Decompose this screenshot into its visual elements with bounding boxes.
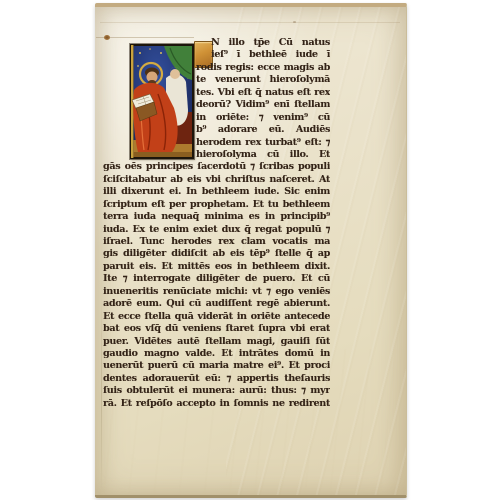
text-line: iſrael. Tunc herodes rex clam vocatis ma [103,236,330,248]
text-line: herodem rex turbat⁹ eſt: ⁊ oīs [196,137,330,149]
manuscript-leaf: N illo tp̄e Cū natus eſſetieſ⁹ ī bethleē… [95,3,407,498]
text-line: illi dixerunt ei. In bethleem iude. Sic … [103,186,330,198]
text-line: gaudio magno valde. Et intrātes domū in [103,348,330,360]
photo-background: N illo tp̄e Cū natus eſſetieſ⁹ ī bethleē… [0,0,500,500]
text-line: tes. Vbi eſt q̄ natus eſt rex iu [196,87,330,99]
text-line: ieſ⁹ ī bethleē iude ī dieb⁹ he [211,49,330,61]
text-line: adorē eum. Qui cū audiſſent regē abierun… [103,298,330,310]
text-line: N illo tp̄e Cū natus eſſet [211,37,330,49]
text-line: paruit eis. Et mittēs eos in bethleem di… [103,261,330,273]
text-line: puer. Vidētes autē ſtellam magi, gauiſi … [103,336,330,348]
ruling-line [100,22,400,23]
text-line: inueneritis renūciate michi: vt ⁊ ego ve… [103,286,330,298]
text-line: Ite ⁊ interrogate diligēter de puero. Et… [103,273,330,285]
vellum-crease [101,297,102,492]
text-line: gās oēs principes ſacerdotū ⁊ ſcribas po… [103,161,330,173]
text-line: rodis regis: ecce magis ab oriē [196,62,330,74]
text-line: ſuis obtulerūt ei munera: aurū: thus: ⁊ … [103,385,330,397]
text-line: te venerunt hieroſolymā dicē [196,74,330,86]
text-line: Et ecce ſtella quā viderāt in oriēte ant… [103,311,330,323]
text-line: bat eos vſq̄ dū veniens ſtaret ſupra vbi… [103,323,330,335]
text-line: gis diligēter didiſcit ab eis tēp⁹ ſtell… [103,248,330,260]
text-line: iuda. Ex te enim exiet dux q̄ regat popu… [103,224,330,236]
foxing-spot [293,21,296,23]
text-line: dentes adorauerūt eū: ⁊ appertis theſaur… [103,373,330,385]
text-block: N illo tp̄e Cū natus eſſetieſ⁹ ī bethleē… [103,37,330,410]
text-line: in oriēte: ⁊ venim⁹ cū muneri. [196,112,330,124]
text-line: b⁹ adorare eū. Audiēs autem [196,124,330,136]
text-line: uenerūt puerū cū maria matre ei⁹. Et pro… [103,360,330,372]
text-line: hieroſolyma cū illo. Et cōgre [196,149,330,161]
text-line: terra iuda nequaq̄ minima es in principi… [103,211,330,223]
text-line: ſcriptum eſt per prophetam. Et tu bethle… [103,199,330,211]
text-line: deorū? Vidim⁹ enī ſtellam ei⁹ [196,99,330,111]
text-line: rā. Et reſpōſo accepto in ſomnis ne redi… [103,398,330,410]
text-line: ſciſcitabatur ab eis vbi chriſtus naſcer… [103,174,330,186]
